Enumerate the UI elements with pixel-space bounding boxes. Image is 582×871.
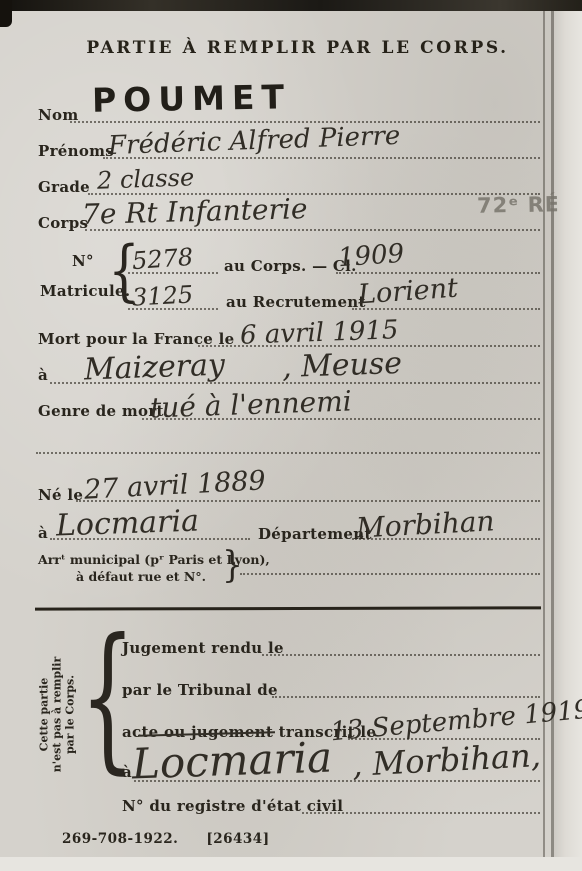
field-value-genre-mort: tué à l'ennemi [150, 387, 353, 422]
field-value-ne-departement: Morbihan [355, 507, 495, 542]
field-value-lieu-recrutement: Lorient [357, 275, 459, 309]
field-value-transcrit-departement: , Morbihan, [351, 739, 541, 781]
field-value-grade: 2 classe [97, 165, 195, 192]
field-value-corps: 7e Rt Infanterie [82, 195, 308, 229]
sidebar-note-line: n'est pas à remplir [51, 635, 64, 795]
field-value-transcrit-lieu: Locmaria [131, 737, 332, 786]
sidebar-note-line: Cette partie [38, 635, 51, 795]
dotted-line-matricule-recrutement [128, 308, 218, 310]
field-value-mort-departement: , Meuse [282, 349, 403, 383]
print-ref-number: [26434] [206, 831, 269, 847]
dotted-line-nom [70, 121, 540, 123]
sidebar-note: Cette partie n'est pas à remplir par le … [38, 635, 77, 795]
label-au-recrutement: au Recrutement [226, 293, 366, 311]
field-value-ne-lieu: Locmaria [56, 507, 200, 542]
field-label-departement: Département [258, 525, 372, 543]
dotted-line-jugement [262, 654, 540, 656]
fold-line [551, 0, 554, 858]
print-code: 269-708-1922.[26434] [62, 831, 270, 847]
dotted-line-grade [88, 193, 540, 195]
dotted-line-arrondissement [240, 573, 540, 575]
print-code-number: 269-708-1922. [62, 831, 178, 847]
field-label-tribunal: par le Tribunal de [122, 681, 278, 699]
field-value-ne-le: 27 avril 1889 [83, 467, 266, 503]
fold-line [543, 0, 545, 858]
field-label-transcrit-a: à [122, 763, 132, 781]
military-death-record-card: PARTIE À REMPLIR PAR LE CORPS. Nom POUME… [0, 0, 582, 871]
scan-top-edge [0, 0, 582, 11]
dotted-line-tribunal [272, 696, 540, 698]
field-label-corps: Corps [38, 214, 88, 232]
dotted-line-lieu-recrutement [352, 308, 540, 310]
dotted-line-registre [302, 812, 540, 814]
field-label-arrondissement-2: à défaut rue et N°. [76, 569, 206, 584]
field-value-mort-lieu: Maizeray [84, 351, 226, 386]
field-value-matricule-recrutement: 3125 [131, 282, 193, 309]
dotted-line-empty [36, 452, 540, 454]
scan-bottom-edge [0, 857, 582, 871]
arrondissement-brace: } [222, 548, 243, 584]
field-value-matricule-corps: 5278 [131, 245, 194, 273]
sidebar-note-line: par le Corps. [64, 635, 77, 795]
dotted-line-corps [85, 229, 540, 231]
field-value-prenoms: Frédéric Alfred Pierre [108, 123, 401, 159]
field-value-mort-le: 6 avril 1915 [240, 317, 399, 349]
field-label-grade: Grade [38, 178, 90, 196]
regiment-stamp: 72ᵉ RÉG [477, 192, 557, 217]
field-label-matricule-no: N° [72, 252, 94, 270]
field-label-jugement: Jugement rendu le [122, 639, 284, 657]
page-fold-edge [554, 0, 582, 871]
field-value-nom: POUMET [92, 80, 291, 116]
form-title: PARTIE À REMPLIR PAR LE CORPS. [50, 38, 545, 58]
field-label-ne-a: à [38, 524, 48, 542]
dotted-line-matricule-corps [128, 272, 218, 274]
field-label-mort-a: à [38, 366, 48, 384]
scan-corner [0, 0, 12, 27]
field-value-classe: 1909 [337, 241, 405, 272]
